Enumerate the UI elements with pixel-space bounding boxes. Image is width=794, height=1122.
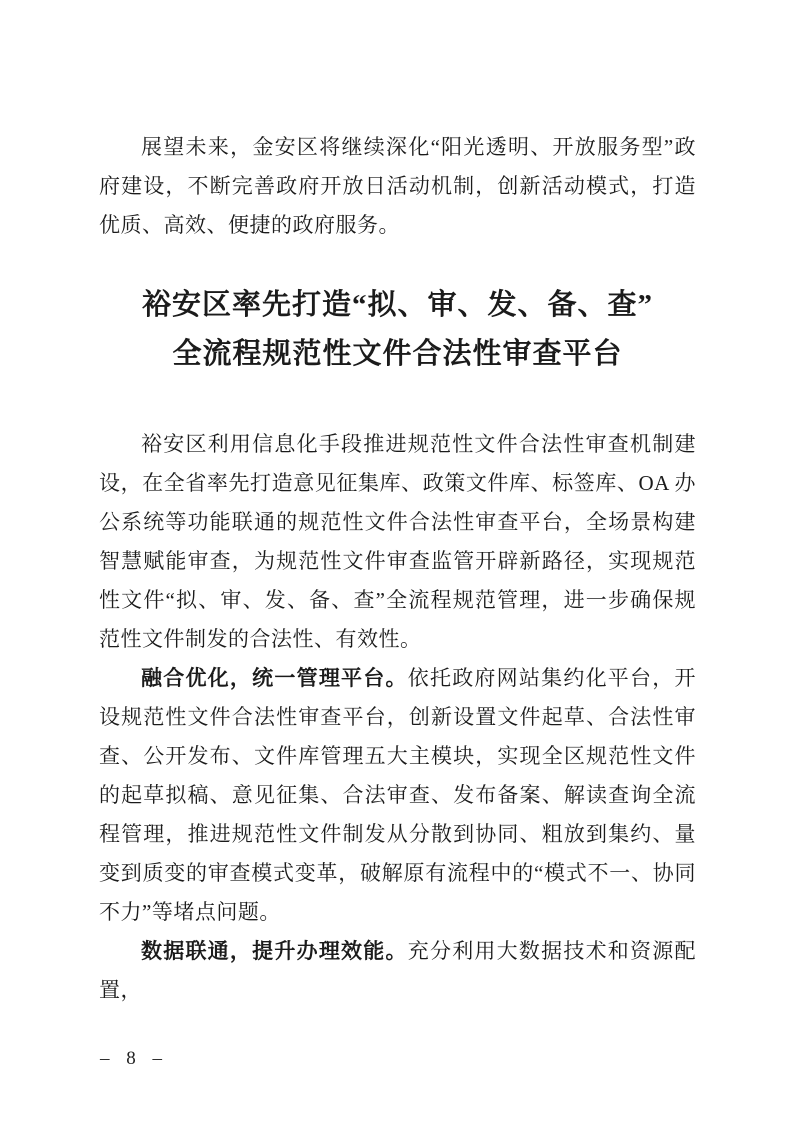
article-paragraph: 数据联通，提升办理效能。充分利用大数据技术和资源配置， bbox=[99, 932, 696, 1010]
article-title-line-2: 全流程规范性文件合法性审查平台 bbox=[99, 330, 696, 379]
document-content: 展望未来，金安区将继续深化“阳光透明、开放服务型”政府建设，不断完善政府开放日活… bbox=[99, 128, 696, 1010]
paragraph-lead-in: 融合优化，统一管理平台。 bbox=[141, 667, 408, 690]
intro-paragraph: 展望未来，金安区将继续深化“阳光透明、开放服务型”政府建设，不断完善政府开放日活… bbox=[99, 128, 696, 245]
article-title-line-1: 裕安区率先打造“拟、审、发、备、查” bbox=[99, 281, 696, 330]
article-paragraph: 融合优化，统一管理平台。依托政府网站集约化平台，开设规范性文件合法性审查平台，创… bbox=[99, 659, 696, 932]
document-page: 展望未来，金安区将继续深化“阳光透明、开放服务型”政府建设，不断完善政府开放日活… bbox=[0, 0, 794, 1122]
article-paragraph: 裕安区利用信息化手段推进规范性文件合法性审查机制建设，在全省率先打造意见征集库、… bbox=[99, 425, 696, 659]
article-paragraph-text: 裕安区利用信息化手段推进规范性文件合法性审查机制建设，在全省率先打造意见征集库、… bbox=[99, 432, 696, 651]
article-paragraph-text: 依托政府网站集约化平台，开设规范性文件合法性审查平台，创新设置文件起草、合法性审… bbox=[99, 666, 696, 924]
article-title: 裕安区率先打造“拟、审、发、备、查” 全流程规范性文件合法性审查平台 bbox=[99, 281, 696, 379]
paragraph-lead-in: 数据联通，提升办理效能。 bbox=[141, 940, 408, 963]
page-number: – 8 – bbox=[100, 1048, 168, 1070]
